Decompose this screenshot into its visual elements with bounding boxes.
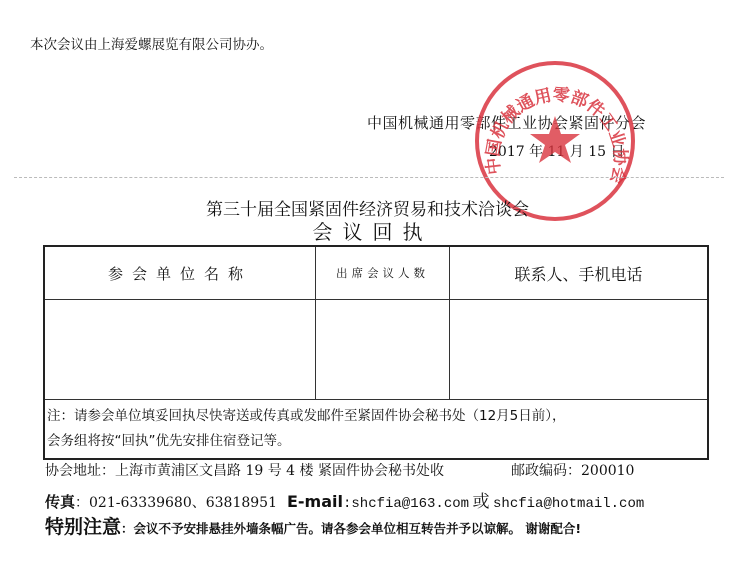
note-line-2: 会务组将按“回执”优先安排住宿登记等。 [47,429,705,454]
reply-form-table: 参会单位名称 出席会议人数 联系人、手机电话 注：请参会单位填妥回执尽快寄送或传… [43,245,709,460]
note-cell: 注：请参会单位填妥回执尽快寄送或传真或发邮件至紧固件协会秘书处（12月5日前），… [44,400,708,460]
postal-code: 邮政编码：200010 [511,460,634,480]
table-row [44,300,708,400]
contact-phone-field[interactable] [450,300,709,400]
or-text: 或 [473,492,490,512]
intro-text: 本次会议由上海爱螺展览有限公司协办。 [30,33,273,53]
note-line-1: 注：请参会单位填妥回执尽快寄送或传真或发邮件至紧固件协会秘书处（12月5日前）， [47,404,705,429]
special-notice-text: ：会议不予安排悬挂外墙条幅广告。请各参会单位相互转告并予以谅解。 谢谢配合! [121,521,581,536]
note-row: 注：请参会单位填妥回执尽快寄送或传真或发邮件至紧固件协会秘书处（12月5日前），… [44,400,708,460]
signature-date: 2017 年 11 月 15 日 [489,141,625,161]
contact-line: 传真：021-63339680、63818951E-mail:shcfia@16… [45,487,644,512]
special-notice: 特别注意：会议不予安排悬挂外墙条幅广告。请各参会单位相互转告并予以谅解。 谢谢配… [45,512,581,539]
email-link-163[interactable]: :shcfia@163.com [343,496,469,512]
email-link-hotmail[interactable]: shcfia@hotmail.com [493,496,644,512]
form-subtitle: 会议回执 [0,216,735,245]
table-header-row: 参会单位名称 出席会议人数 联系人、手机电话 [44,246,708,300]
organization-signature: 中国机械通用零部件工业协会紧固件分会 [367,112,646,133]
dashed-divider [14,177,724,178]
column-header-contact: 联系人、手机电话 [450,246,709,300]
attendee-count-field[interactable] [316,300,450,400]
unit-name-field[interactable] [44,300,316,400]
fax-value: ：021-63339680、63818951 [75,495,277,511]
association-address: 协会地址：上海市黄浦区文昌路 19 号 4 楼 紧固件协会秘书处收 [45,460,444,480]
fax-label: 传真 [45,493,75,511]
column-header-attendee-count: 出席会议人数 [316,246,450,300]
column-header-unit-name: 参会单位名称 [44,246,316,300]
special-notice-label: 特别注意 [45,516,121,538]
email-label: E-mail [287,492,343,511]
